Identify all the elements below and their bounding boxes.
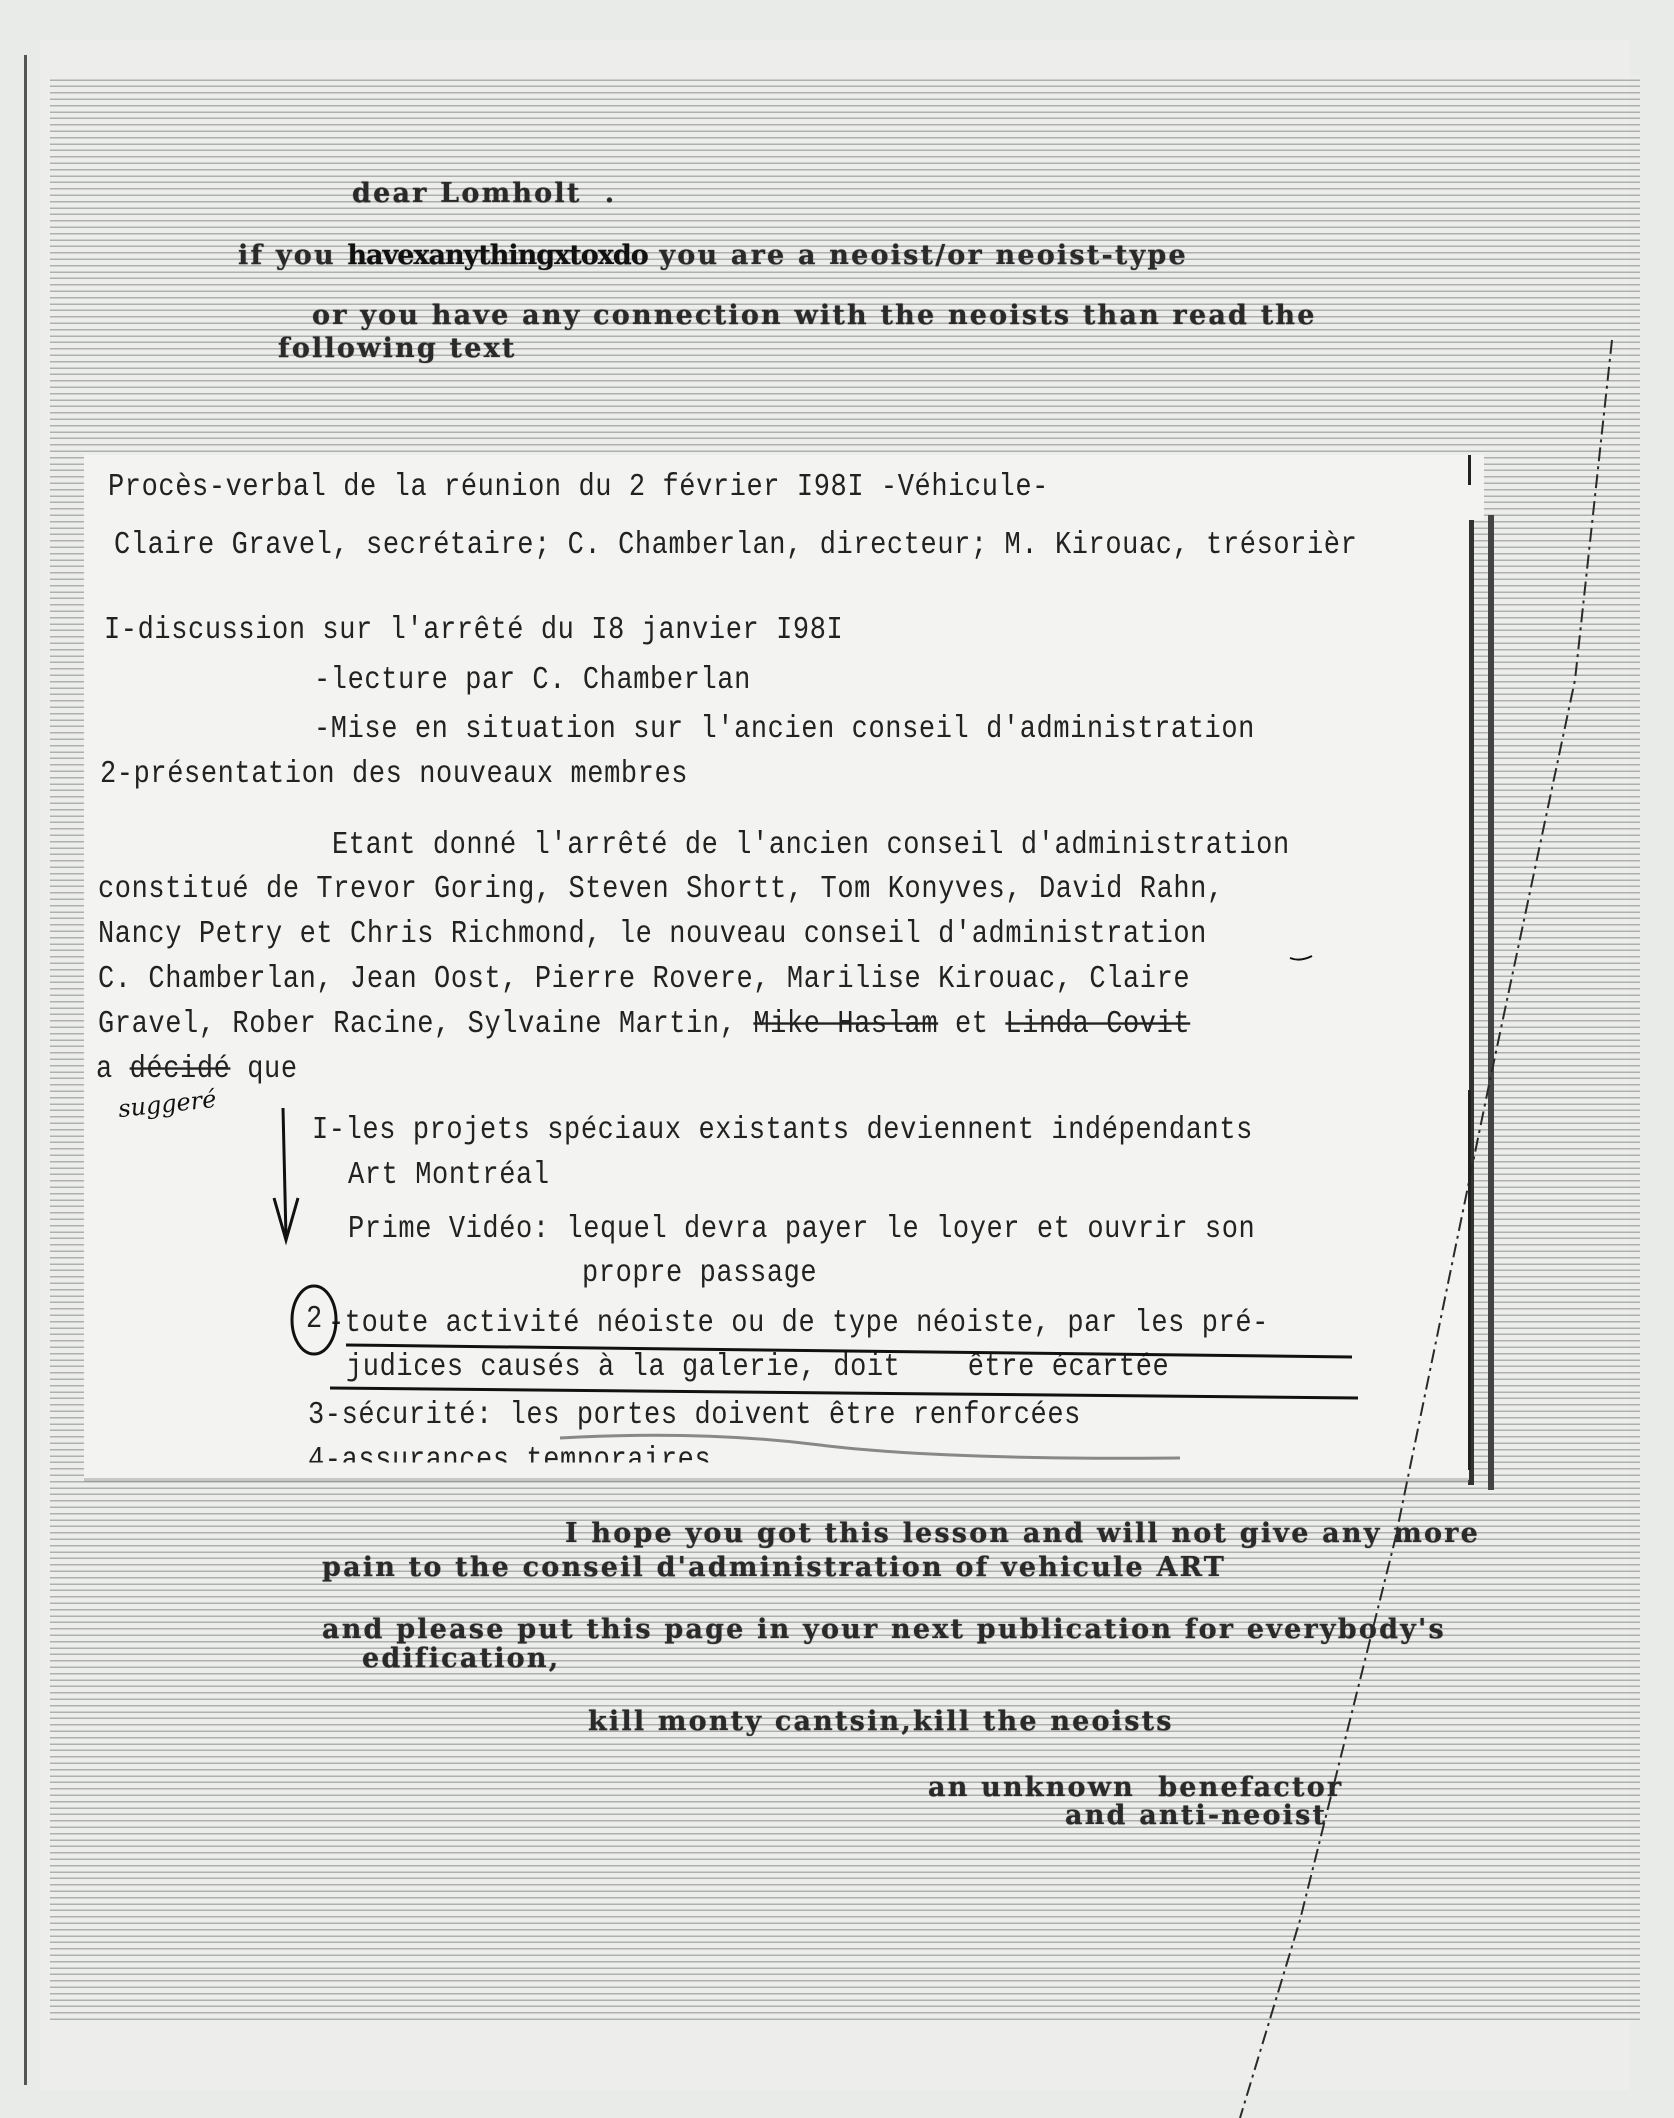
agenda-item-1-sub-a: -lecture par C. Chamberlan <box>314 663 751 698</box>
decision-1-continued: propre passage <box>582 1256 817 1291</box>
verb-suffix: que <box>230 1052 297 1087</box>
signature-line-1: an unknown benefactor <box>928 1772 1343 1803</box>
struck-name: Mike Haslam <box>753 1007 938 1042</box>
members-text: Gravel, Rober Racine, Sylvaine Martin, <box>98 1007 753 1042</box>
closing-line-1: I hope you got this lesson and will not … <box>565 1518 1480 1549</box>
intro-line-2: or you have any connection with the neoi… <box>312 300 1317 331</box>
decision-1: I-les projets spéciaux existants devienn… <box>312 1113 1253 1148</box>
agenda-item-1: I-discussion sur l'arrêté du I8 janvier … <box>104 613 843 648</box>
decision-2-line-2: judices causés à la galerie, doit être é… <box>346 1350 1169 1385</box>
clipping-cut-edge <box>84 1478 1469 1482</box>
agenda-item-2: 2-présentation des nouveaux membres <box>100 757 688 792</box>
conjunction: et <box>938 1007 1005 1042</box>
verb-prefix: a <box>96 1052 130 1087</box>
slogan: kill monty cantsin,kill the neoists <box>588 1706 1174 1737</box>
insert-edge <box>1488 515 1494 1490</box>
closing-line-4: edification, <box>362 1643 560 1674</box>
closing-line-2: pain to the conseil d'administration of … <box>322 1552 1226 1583</box>
salutation: dear Lomholt . <box>352 178 616 209</box>
decision-2-number: 2 <box>306 1302 323 1337</box>
decision-1-art-montreal: Art Montréal <box>348 1158 550 1193</box>
struck-name: Linda Covit <box>1005 1007 1190 1042</box>
intro-suffix: you are a neoist/or neoist-type <box>648 240 1188 271</box>
closing-line-3: and please put this page in your next pu… <box>322 1614 1446 1645</box>
paragraph-line: Etant donné l'arrêté de l'ancien conseil… <box>332 828 1290 863</box>
paragraph-line: constitué de Trevor Goring, Steven Short… <box>98 872 1224 907</box>
intro-line-3: following text <box>278 333 517 364</box>
decision-2-line-1: -toute activité néoiste ou de type néois… <box>328 1306 1269 1341</box>
minutes-officers: Claire Gravel, secrétaire; C. Chamberlan… <box>114 528 1357 563</box>
paragraph-line: Nancy Petry et Chris Richmond, le nouvea… <box>98 917 1207 952</box>
agenda-item-1-sub-b: -Mise en situation sur l'ancien conseil … <box>314 712 1255 747</box>
signature-line-2: and anti-neoist <box>1065 1800 1327 1831</box>
paragraph-line: Gravel, Rober Racine, Sylvaine Martin, M… <box>98 1007 1190 1042</box>
paragraph-line: a décidé que <box>96 1052 298 1087</box>
intro-prefix: if you <box>238 240 347 271</box>
paragraph-line: C. Chamberlan, Jean Oost, Pierre Rovere,… <box>98 962 1190 997</box>
decision-1-prime-video: Prime Vidéo: lequel devra payer le loyer… <box>348 1212 1255 1247</box>
paper-edge <box>24 55 27 2085</box>
struck-word: décidé <box>130 1052 231 1087</box>
typed-over-text: havexanythingxtoxdo <box>347 240 647 271</box>
intro-line-1: if you havexanythingxtoxdo you are a neo… <box>238 240 1188 271</box>
minutes-title: Procès-verbal de la réunion du 2 février… <box>108 470 1049 505</box>
decision-3: 3-sécurité: les portes doivent être renf… <box>308 1398 1081 1433</box>
